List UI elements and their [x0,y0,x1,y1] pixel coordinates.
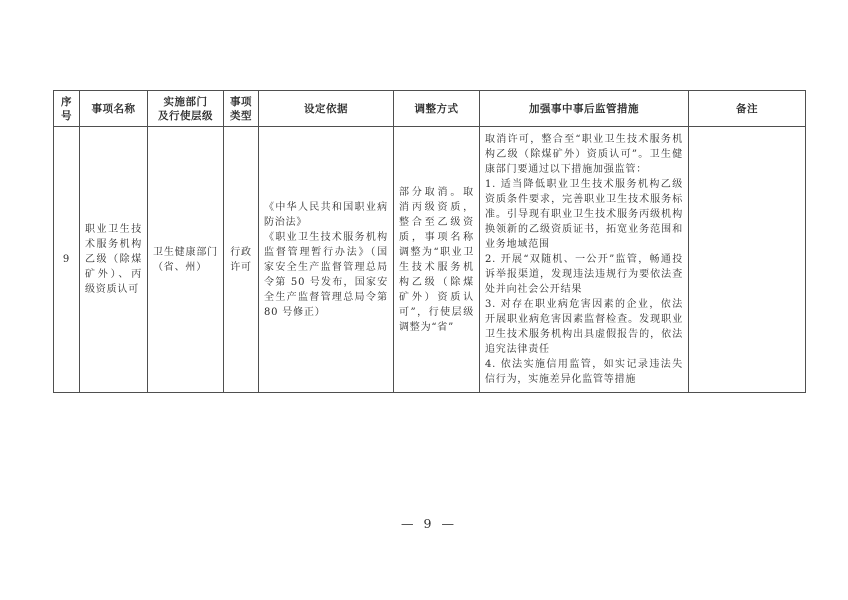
header-remarks: 备注 [689,91,806,127]
measure-paragraph: 取消许可，整合至“职业卫生技术服务机构乙级（除煤矿外）资质认可”。卫生健康部门要… [485,132,683,177]
cell-adjustment: 部分取消。取消丙级资质，整合至乙级资质，事项名称调整为“职业卫生技术服务机构乙级… [394,127,480,393]
header-basis: 设定依据 [259,91,394,127]
cell-department: 卫生健康部门（省、州） [148,127,224,393]
basis-paragraph: 《职业卫生技术服务机构监督管理暂行办法》（国家安全生产监督管理总局令第 50 号… [264,230,388,320]
header-item-type: 事项类型 [224,91,259,127]
header-department: 实施部门 及行使层级 [148,91,224,127]
table-row: 9 职业卫生技术服务机构乙级（除煤矿外）、丙级资质认可 卫生健康部门（省、州） … [54,127,806,393]
header-adjustment: 调整方式 [394,91,480,127]
table-header-row: 序号 事项名称 实施部门 及行使层级 事项类型 设定依据 调整方式 加强事中事后… [54,91,806,127]
cell-item-type: 行政许可 [224,127,259,393]
cell-measures: 取消许可，整合至“职业卫生技术服务机构乙级（除煤矿外）资质认可”。卫生健康部门要… [480,127,689,393]
cell-item-name: 职业卫生技术服务机构乙级（除煤矿外）、丙级资质认可 [80,127,148,393]
measure-paragraph: 4. 依法实施信用监管，如实记录违法失信行为，实施差异化监管等措施 [485,357,683,387]
basis-paragraph: 《中华人民共和国职业病防治法》 [264,200,388,230]
header-measures: 加强事中事后监管措施 [480,91,689,127]
header-seq: 序号 [54,91,80,127]
measure-paragraph: 1. 适当降低职业卫生技术服务机构乙级资质条件要求，完善职业卫生技术服务标准。引… [485,177,683,252]
measure-paragraph: 3. 对存在职业病危害因素的企业，依法开展职业病危害因素监督检查。发现职业卫生技… [485,297,683,357]
cell-seq-number: 9 [54,127,80,393]
document-page: 序号 事项名称 实施部门 及行使层级 事项类型 设定依据 调整方式 加强事中事后… [0,0,848,600]
approval-items-table: 序号 事项名称 实施部门 及行使层级 事项类型 设定依据 调整方式 加强事中事后… [53,90,806,393]
header-item-name: 事项名称 [80,91,148,127]
cell-basis: 《中华人民共和国职业病防治法》 《职业卫生技术服务机构监督管理暂行办法》（国家安… [259,127,394,393]
cell-remarks [689,127,806,393]
page-number: — 9 — [53,516,805,531]
measure-paragraph: 2. 开展“双随机、一公开”监管，畅通投诉举报渠道，发现违法违规行为要依法查处并… [485,252,683,297]
